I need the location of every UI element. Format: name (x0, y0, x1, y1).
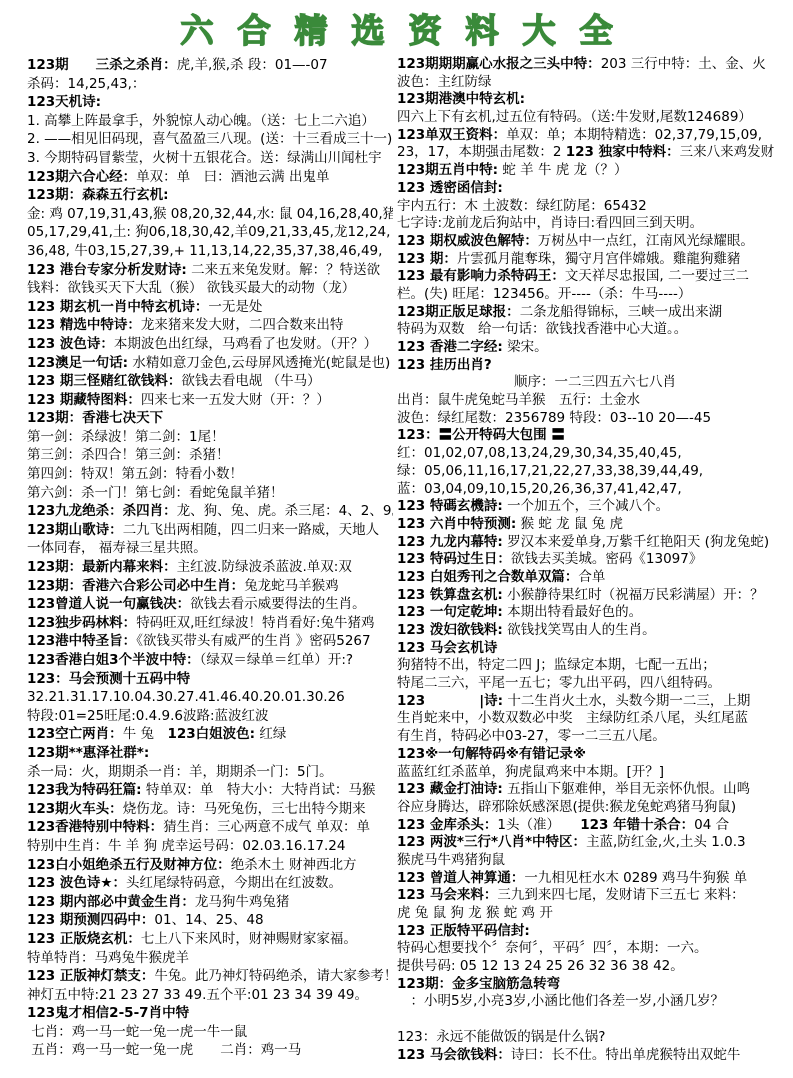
line-text: 单双：单；本期特精选：02,37,79,15,09, (506, 127, 762, 143)
line-label: 123※一句解特码※有错记录※ (397, 746, 586, 762)
line-text: 文天祥尽忠报国, 二一要过三二 (565, 268, 749, 284)
text-line: 一体同春， 福寿禄三星共照。 (27, 539, 393, 558)
line-text: 水精如意刀金色,云母屏风透掩光(蛇鼠是也) (128, 355, 390, 371)
line-label: 123香港特别中特料： (27, 819, 163, 835)
line-label: 123：马会预测十五码中特 (27, 671, 190, 687)
right-column: 123期期期赢心水报之三头中特：203 三行中特：土、金、火波色：主红防绿123… (393, 56, 793, 1064)
line-text: 第三剑：杀四合！第三剑：杀猪！ (27, 447, 230, 463)
text-line: 金: 鸡 07,19,31,43,猴 08,20,32,44,水: 鼠 04,1… (27, 205, 393, 224)
line-text: 第四剑：特双！第五剑：特看小数！ (27, 466, 243, 482)
title-bar: 六合精选资料大全 (0, 0, 793, 56)
line-text: 二九飞出两相随，四二归来一路威，天地人 (123, 522, 380, 538)
line-text: 《欲钱买带头有威严的生肖 》密码5267 (136, 633, 370, 649)
text-line: 123 挂历出肖? (397, 357, 793, 375)
line-label: 123 一句定乾坤: (397, 604, 503, 620)
line-label: 123期港澳中特玄机: (397, 91, 525, 107)
lottery-info-sheet: 六合精选资料大全 123期 三杀之杀肖：虎,羊,猴,杀 段：01—-07杀码：1… (0, 0, 793, 1078)
text-line: 123：〓公开特码大包围 〓 (397, 427, 793, 445)
line-text: 虎 兔 鼠 狗 龙 猴 蛇 鸡 开 (397, 905, 553, 921)
line-label: 123独步码林料： (27, 615, 136, 631)
text-line: 123期期期赢心水报之三头中特：203 三行中特：土、金、火 (397, 56, 793, 74)
line-text: 猴虎马牛鸡猪狗鼠 (397, 852, 505, 868)
line-text: 蓝蓝红红杀蓝单，狗虎鼠鸡来中本期。[开？] (397, 764, 664, 780)
line-text: 牛兔。此乃神灯特码绝杀，请大家参考！ (154, 968, 393, 984)
line-label: 123 期预测四码中： (27, 912, 154, 928)
text-line: 第一剑：杀绿波！第二剑：1尾！ (27, 428, 393, 447)
text-line: 123期六合心经：单双：单 曰：酒池云满 出鬼单 (27, 168, 393, 187)
line-label: 123期：最新内幕来料： (27, 559, 177, 575)
line-label: 123我为特码狂篇: (27, 782, 142, 798)
text-line: 红：01,02,07,08,13,24,29,30,34,35,40,45, (397, 445, 793, 463)
text-line: 123曾道人说一句赢钱决：欲钱去看示威要得法的生肖。 (27, 595, 393, 614)
line-text: 波色：主红防绿 (397, 74, 492, 90)
line-label: 123 波色诗： (27, 336, 114, 352)
text-line: 蓝：03,04,09,10,15,20,26,36,37,41,42,47, (397, 481, 793, 499)
text-line: 特单特肖：马鸡兔牛猴虎羊 (27, 949, 393, 968)
text-line: 123期：森森五行玄机: (27, 186, 393, 205)
text-line: 123 期权威波色解特：万树丛中一点红，江南风光绿耀眼。 (397, 233, 793, 251)
text-line: 123期：香港七决天下 (27, 409, 393, 428)
line-text: 1头（准） (497, 817, 580, 833)
line-label: 123白姐波色: (167, 726, 255, 742)
text-line: ：小明5岁,小亮3岁,小涵比他们各差一岁,小涵几岁？ (397, 993, 793, 1011)
line-text: 特码心想要找个〞奈何〞，平码〞四〞，本期：一六。 (397, 940, 708, 956)
line-text: 第一剑：杀绿波！第二剑：1尾！ (27, 429, 225, 445)
line-label: 123 白姐秀刊之合数单双篇： (397, 569, 578, 585)
line-text: 特段:01=25旺尾:0.4.9.6波路:蓝波红波 (27, 708, 269, 724)
line-label: 123 期藏特图料： (27, 392, 141, 408)
text-line: 3. 今期特码冒紫莹，火树十五银花合。送：绿满山川闻杜宇 (27, 149, 393, 168)
text-line: 123 六肖中特预测: 猴 蛇 龙 鼠 兔 虎 (397, 516, 793, 534)
line-text: 3. 今期特码冒紫莹，火树十五银花合。送：绿满山川闻杜宇 (27, 150, 382, 166)
text-line: 杀码：14,25,43,： (27, 75, 393, 94)
line-text: 04 合 (694, 817, 729, 833)
line-label: 123：〓公开特码大包围 〓 (397, 427, 565, 443)
text-line: 123期火车头：烧伤龙。诗：马死兔伤，三七出特今期来 (27, 800, 393, 819)
line-text: 顺序：一二三四五六七八肖 (514, 374, 676, 390)
text-line: 特尾二三六，平尾一五七；零九出平码，四八组特码。 (397, 675, 793, 693)
line-text: 欲钱去买美城。密码《13097》 (511, 551, 702, 567)
text-line: 23，17，本期强击尾数：2 123 独家中特料：三来八来鸡发财 (397, 144, 793, 162)
text-line: 特码为双数 给一句话：欲钱找香港中心大道。。 (397, 321, 793, 339)
text-line: 32.21.31.17.10.04.30.27.41.46.40.20.01.3… (27, 688, 393, 707)
line-label: 123期期期赢心水报之三头中特： (397, 56, 601, 72)
line-text: 诗曰：长不仕。特出单虎猴特出双蛇牛 (511, 1047, 741, 1063)
text-line: 123香港特别中特料：猜生肖：三心两意不成气 单双：单 (27, 818, 393, 837)
text-line: 123 期三怪赌红欲钱料：欲钱去看电觇 （牛马） (27, 372, 393, 391)
line-text: 宇内五行：木 土波数：绿红防尾：65432 (397, 198, 647, 214)
line-text: 四来七来一五发大财（开：？） (141, 392, 330, 408)
line-text: 生肖蛇来中，小数双数必中奖 主绿防红杀八尾，头红尾蓝 (397, 710, 748, 726)
line-text: 合单 (578, 569, 605, 585)
line-label: 123 金库杀头： (397, 817, 497, 833)
text-line: 有生肖，特码必中03-27，零一二三五八尾。 (397, 728, 793, 746)
text-line: 七肖：鸡一马一蛇一兔一虎一牛一鼠 (27, 1023, 393, 1042)
line-label: 123 独家中特料： (566, 144, 680, 160)
text-line: 123 正版特平码信封: (397, 923, 793, 941)
text-line: 123白小姐绝杀五行及财神方位：绝杀木土 财神西北方 (27, 856, 393, 875)
line-label: 123期五肖中特: (397, 162, 498, 178)
line-text: 烧伤龙。诗：马死兔伤，三七出特今期来 (123, 801, 366, 817)
line-label: 123期**惠泽社群*: (27, 745, 149, 761)
line-text: 猜生肖：三心两意不成气 单双：单 (163, 819, 370, 835)
line-text: 虎,羊,猴,杀 段：01—-07 (177, 57, 328, 73)
text-line: 特码心想要找个〞奈何〞，平码〞四〞，本期：一六。 (397, 940, 793, 958)
line-text: 红绿 (255, 726, 286, 742)
text-line: 123 曾道人神算通：一九相见枉水木 0289 鸡马牛狗猴 单 (397, 870, 793, 888)
text-line: 123期正版足球报：二条龙船得锦标，三峡一成出来湖 (397, 304, 793, 322)
line-label: 123 铁算盘玄机: (397, 587, 503, 603)
line-text: 波色：绿红尾数：2356789 特段：03--10 20—-45 (397, 410, 711, 426)
text-line: 谷应身腾达，辟邪除妖感深恩(提供:猴龙兔蛇鸡猪马狗鼠) (397, 799, 793, 817)
line-text: 龙、狗、兔、虎。杀三尾：4、2、9。 (177, 503, 393, 519)
line-text: 栏。(失) 旺尾：123456。开----（杀：牛马----） (397, 286, 691, 302)
line-text: 出肖：鼠牛虎兔蛇马羊猴 五行：土金水 (397, 392, 640, 408)
line-text: 蛇 羊 牛 虎 龙（？） (498, 162, 627, 178)
line-label: 123 期权威波色解特： (397, 233, 538, 249)
text-line: 123空亡两肖：牛 兔 123白姐波色: 红绿 (27, 725, 393, 744)
line-text: 七上八下来风时，财神赐财家家福。 (141, 931, 357, 947)
line-text: 一九相见枉水木 0289 鸡马牛狗猴 单 (524, 870, 747, 886)
line-text: （绿双＝绿单＝红单）开:? (200, 652, 353, 668)
line-text: 小猴静待果红时（祝福万民彩满屋）开：？ (503, 587, 764, 603)
line-label: 123 波色诗★： (27, 875, 126, 891)
line-label: 123香港白姐3个半波中特： (27, 652, 200, 668)
text-line: 第四剑：特双！第五剑：特看小数！ (27, 465, 393, 484)
line-text: 123：永远不能做饭的锅是什么锅? (397, 1029, 605, 1045)
line-text: 36,48, 牛03,15,27,39,+ 11,13,14,22,35,37,… (27, 243, 382, 259)
line-text: 05,17,29,41,土: 狗06,18,30,42,羊09,21,33,45… (27, 224, 390, 240)
line-text: 猴 蛇 龙 鼠 兔 虎 (516, 516, 623, 532)
text-line: 123期：香港六合彩公司必中生肖：兔龙蛇马羊猴鸡 (27, 577, 393, 596)
text-line: 123 期内部必中黄金生肖：龙马狗牛鸡兔猪 (27, 893, 393, 912)
line-label: 123 香港二字经: (397, 339, 503, 355)
text-line: 123期五肖中特: 蛇 羊 牛 虎 龙（？） (397, 162, 793, 180)
text-line: 钱料：欲钱买天下大乱（猴） 欲钱买最大的动物（龙） (27, 279, 393, 298)
line-text: 七字诗:龙前龙后狗站中，肖诗曰:看四回三到天明。 (397, 215, 703, 231)
line-label: 123鬼才相信2-5-7肖中特 (27, 1005, 189, 1021)
line-text: 龙马狗牛鸡兔猪 (195, 894, 290, 910)
text-line: 波色：主红防绿 (397, 74, 793, 92)
text-line: 05,17,29,41,土: 狗06,18,30,42,羊09,21,33,45… (27, 223, 393, 242)
text-line: 绿：05,06,11,16,17,21,22,27,33,38,39,44,49… (397, 463, 793, 481)
line-label: 123 精选中特诗： (27, 317, 141, 333)
line-text: 主蓝,防红金,火,土头 1.0.3 (586, 834, 746, 850)
text-line: 123 两波*三行*八肖*中特区：主蓝,防红金,火,土头 1.0.3 (397, 834, 793, 852)
line-label: 123期正版足球报： (397, 304, 520, 320)
text-line: 123独步码林料：特码旺双,旺红绿波！特肖看好:兔牛猪鸡 (27, 614, 393, 633)
line-text: 第六剑：杀一门！第七剑：看蛇兔鼠羊猪！ (27, 485, 284, 501)
line-text: 本期出特看最好色的。 (503, 604, 642, 620)
line-text: 特别中生肖：牛 羊 狗 虎幸运号码：02.03.16.17.24 (27, 838, 345, 854)
text-line: 123 |诗: 十二生肖火土水，头数今期一二三，上期 (397, 693, 793, 711)
text-line: 123：马会预测十五码中特 (27, 670, 393, 689)
text-line: 123期山歌诗：二九飞出两相随，四二归来一路威，天地人 (27, 521, 393, 540)
line-label: 123 期内部必中黄金生肖： (27, 894, 195, 910)
line-label: 123曾道人说一句赢钱决： (27, 596, 190, 612)
text-line: 123 金库杀头：1头（准） 123 年错十杀合：04 合 (397, 817, 793, 835)
line-label: 123 马会玄机诗 (397, 640, 497, 656)
line-text: 特码为双数 给一句话：欲钱找香港中心大道。。 (397, 321, 687, 337)
line-label: 123期：香港六合彩公司必中生肖： (27, 578, 244, 594)
text-line: 123期：最新内幕来料：主红波.防绿波杀蓝波.单双:双 (27, 558, 393, 577)
line-text: 狗猪特不出，特定二四 J；监绿定本期，七配一五出； (397, 657, 716, 673)
text-line: 123鬼才相信2-5-7肖中特 (27, 1004, 393, 1023)
line-label: 123期：香港七决天下 (27, 410, 163, 426)
text-line: 123期：金多宝脑筋急转弯 (397, 976, 793, 994)
text-line: 123 最有影响力杀特码王：文天祥尽忠报国, 二一要过三二 (397, 268, 793, 286)
text-line: 提供号码: 05 12 13 24 25 26 32 36 38 42。 (397, 958, 793, 976)
page-title: 六合精选资料大全 (157, 5, 637, 52)
line-label: 123 正版特平码信封: (397, 923, 530, 939)
text-line: 123单双王资料：单双：单；本期特精选：02,37,79,15,09, (397, 127, 793, 145)
line-label: 123 马会来料： (397, 887, 497, 903)
text-line: 出肖：鼠牛虎兔蛇马羊猴 五行：土金水 (397, 392, 793, 410)
text-line: 123 正版神灯禁支：牛兔。此乃神灯特码绝杀，请大家参考！ (27, 967, 393, 986)
line-text: 杀一局：火，期期杀一肖：羊，期期杀一门：5门。 (27, 764, 333, 780)
text-line: 123期 三杀之杀肖：虎,羊,猴,杀 段：01—-07 (27, 56, 393, 75)
text-line: 123 马会玄机诗 (397, 640, 793, 658)
line-label: 123 挂历出肖? (397, 357, 492, 373)
line-text: 片雲孤月龍奪珠，獨守月宫伴嫦娥。雞龍狗雞豬 (457, 251, 741, 267)
line-text: 32.21.31.17.10.04.30.27.41.46.40.20.01.3… (27, 689, 345, 705)
line-text: 绿：05,06,11,16,17,21,22,27,33,38,39,44,49… (397, 463, 703, 479)
line-text: 203 三行中特：土、金、火 (601, 56, 766, 72)
line-label: 123天机诗: (27, 94, 101, 110)
text-line: 123 马会欲钱料：诗曰：长不仕。特出单虎猴特出双蛇牛 (397, 1047, 793, 1065)
line-label: 123 年错十杀合： (580, 817, 694, 833)
line-label: |诗: (479, 693, 503, 709)
line-text: 2. ——相见旧码现，喜气盈盈三八现。(送：十三看成三十一) (27, 131, 392, 147)
line-text: 三来八来鸡发财 (680, 144, 775, 160)
line-label: 123 泼妇欲钱料: (397, 622, 503, 638)
line-text: 特码旺双,旺红绿波！特肖看好:兔牛猪鸡 (136, 615, 374, 631)
text-line: 123天机诗: (27, 93, 393, 112)
line-text: 万树丛中一点红，江南风光绿耀眼。 (538, 233, 754, 249)
line-text: 谷应身腾达，辟邪除妖感深恩(提供:猴龙兔蛇鸡猪马狗鼠) (397, 799, 736, 815)
line-label: 123 最有影响力杀特码王： (397, 268, 565, 284)
line-text: 特尾二三六，平尾一五七；零九出平码，四八组特码。 (397, 675, 721, 691)
text-line: 顺序：一二三四五六七八肖 (397, 374, 793, 392)
line-text: 五肖：鸡一马一蛇一兔一虎 二肖：鸡一马 (27, 1042, 301, 1058)
line-text: ：小明5岁,小亮3岁,小涵比他们各差一岁,小涵几岁？ (397, 993, 724, 1009)
text-line: 狗猪特不出，特定二四 J；监绿定本期，七配一五出； (397, 657, 793, 675)
text-line: 123 港台专家分析发财诗: 二来五来兔发财。解：？特送欲 (27, 261, 393, 280)
line-text: 1. 高攀上阵最拿手，外貌惊人动心魄。（送：七上二六追） (27, 113, 375, 129)
line-label: 123 特碼玄機詩: (397, 498, 503, 514)
text-line (397, 1011, 793, 1029)
line-text: 二条龙船得锦标，三峡一成出来湖 (520, 304, 723, 320)
text-line: 2. ——相见旧码现，喜气盈盈三八现。(送：十三看成三十一) (27, 130, 393, 149)
text-line: 杀一局：火，期期杀一肖：羊，期期杀一门：5门。 (27, 763, 393, 782)
line-label: 123 正版烧玄机： (27, 931, 141, 947)
line-label: 123 期： (397, 251, 457, 267)
text-line: 123 波色诗★：头红尾绿特码意，今期出在红波数。 (27, 874, 393, 893)
text-line: 123 铁算盘玄机: 小猴静待果红时（祝福万民彩满屋）开：？ (397, 587, 793, 605)
text-line: 七字诗:龙前龙后狗站中，肖诗曰:看四回三到天明。 (397, 215, 793, 233)
text-line: 36,48, 牛03,15,27,39,+ 11,13,14,22,35,37,… (27, 242, 393, 261)
line-label: 123 马会欲钱料： (397, 1047, 511, 1063)
text-line: 123 期藏特图料：四来七来一五发大财（开：？） (27, 391, 393, 410)
text-line: 123 特碼玄機詩: 一个加五个，三个减八个。 (397, 498, 793, 516)
line-text: 兔龙蛇马羊猴鸡 (244, 578, 339, 594)
line-label: 123 正版神灯禁支： (27, 968, 154, 984)
text-line: 123 九龙内幕特: 罗汉本来爱单身,万紫千红艳阳天 (狗龙兔蛇) (397, 534, 793, 552)
left-column: 123期 三杀之杀肖：虎,羊,猴,杀 段：01—-07杀码：14,25,43,：… (0, 56, 393, 1064)
line-text: 主红波.防绿波杀蓝波.单双:双 (177, 559, 352, 575)
line-text: 本期波色出红绿，马鸡看了也发财。（开？） (114, 336, 377, 352)
line-text: 二来五来兔发财。解：？特送欲 (187, 262, 380, 278)
text-line: 123期**惠泽社群*: (27, 744, 393, 763)
line-text: 牛 兔 (123, 726, 168, 742)
line-text: 罗汉本来爱单身,万紫千红艳阳天 (狗龙兔蛇) (503, 534, 769, 550)
line-text: 23，17，本期强击尾数：2 (397, 144, 566, 160)
line-label: 123 两波*三行*八肖*中特区： (397, 834, 586, 850)
line-text: 红：01,02,07,08,13,24,29,30,34,35,40,45, (397, 445, 682, 461)
line-text: 钱料：欲钱买天下大乱（猴） 欲钱买最大的动物（龙） (27, 280, 355, 296)
text-line: 蓝蓝红红杀蓝单，狗虎鼠鸡来中本期。[开？] (397, 764, 793, 782)
text-line: 宇内五行：木 土波数：绿红防尾：65432 (397, 198, 793, 216)
line-text: 欲钱找笑骂由人的生肖。 (503, 622, 656, 638)
text-line: 第三剑：杀四合！第三剑：杀猪！ (27, 446, 393, 465)
text-line: 生肖蛇来中，小数双数必中奖 主绿防红杀八尾，头红尾蓝 (397, 710, 793, 728)
line-text: 头红尾绿特码意，今期出在红波数。 (126, 875, 342, 891)
text-line: 五肖：鸡一马一蛇一兔一虎 二肖：鸡一马 (27, 1041, 393, 1060)
line-text: 欲钱去看电觇 （牛马） (181, 373, 320, 389)
line-label: 123 期三怪赌红欲钱料： (27, 373, 181, 389)
text-line: 123 香港二字经: 梁宋。 (397, 339, 793, 357)
line-text: 单双：单 曰：酒池云满 出鬼单 (136, 169, 329, 185)
content-columns: 123期 三杀之杀肖：虎,羊,猴,杀 段：01—-07杀码：14,25,43,：… (0, 56, 793, 1064)
line-text: 杀码：14,25,43,： (27, 76, 145, 92)
text-line: 123 波色诗：本期波色出红绿，马鸡看了也发财。（开？） (27, 335, 393, 354)
line-label: 123 藏金打油诗: (397, 781, 503, 797)
text-line: 123期港澳中特玄机: (397, 91, 793, 109)
line-text: 神灯五中特:21 23 27 33 49.五个平:01 23 34 39 49。 (27, 987, 368, 1003)
line-text: 提供号码: 05 12 13 24 25 26 32 36 38 42。 (397, 958, 684, 974)
text-line: 123 一句定乾坤: 本期出特看最好色的。 (397, 604, 793, 622)
text-line: 123 期：片雲孤月龍奪珠，獨守月宫伴嫦娥。雞龍狗雞豬 (397, 251, 793, 269)
text-line: 123：永远不能做饭的锅是什么锅? (397, 1029, 793, 1047)
text-line: 123 藏金打油诗: 五指山下躯难伸，举目无亲怀仇恨。山鸣 (397, 781, 793, 799)
text-line: 123 期玄机一肖中特玄机诗：一无是处 (27, 298, 393, 317)
line-text: 十二生肖火土水，头数今期一二三，上期 (503, 693, 750, 709)
text-line: 123※一句解特码※有错记录※ (397, 746, 793, 764)
text-line: 123九龙绝杀：杀四肖：龙、狗、兔、虎。杀三尾：4、2、9。 (27, 502, 393, 521)
line-text: 金: 鸡 07,19,31,43,猴 08,20,32,44,水: 鼠 04,1… (27, 206, 393, 222)
text-line: 123 泼妇欲钱料: 欲钱找笑骂由人的生肖。 (397, 622, 793, 640)
text-line: 123 特码过生日：欲钱去买美城。密码《13097》 (397, 551, 793, 569)
text-line: 波色：绿红尾数：2356789 特段：03--10 20—-45 (397, 410, 793, 428)
text-line: 四六上下有玄机,过五位有特码。（送:牛发财,尾数124689） (397, 109, 793, 127)
line-text: 四六上下有玄机,过五位有特码。（送:牛发财,尾数124689） (397, 109, 752, 125)
line-text: 三九到来四七尾，发财请下三五七 来料： (497, 887, 744, 903)
text-line: 123香港白姐3个半波中特：（绿双＝绿单＝红单）开:? (27, 651, 393, 670)
text-line: 123 精选中特诗：龙来猪来发大财，二四合数来出特 (27, 316, 393, 335)
text-line: 123港中特圣旨：《欲钱买带头有威严的生肖 》密码5267 (27, 632, 393, 651)
text-line: 123我为特码狂篇: 特单双：单 特大小：大特肖试：马猴 (27, 781, 393, 800)
line-label: 123白小姐绝杀五行及财神方位： (27, 857, 231, 873)
text-line: 123澳足一句话: 水精如意刀金色,云母屏风透掩光(蛇鼠是也) (27, 354, 393, 373)
text-line: 栏。(失) 旺尾：123456。开----（杀：牛马----） (397, 286, 793, 304)
line-text: 特单双：单 特大小：大特肖试：马猴 (142, 782, 376, 798)
line-text: 梁宋。 (503, 339, 548, 355)
line-label: 123澳足一句话: (27, 355, 128, 371)
line-text: 五指山下躯难伸，举目无亲怀仇恨。山鸣 (503, 781, 750, 797)
line-text: 龙来猪来发大财，二四合数来出特 (141, 317, 344, 333)
line-text: 一个加五个，三个减八个。 (503, 498, 669, 514)
line-label: 123 曾道人神算通： (397, 870, 524, 886)
text-line: 123 白姐秀刊之合数单双篇：合单 (397, 569, 793, 587)
text-line: 特别中生肖：牛 羊 狗 虎幸运号码：02.03.16.17.24 (27, 837, 393, 856)
line-text: 特单特肖：马鸡兔牛猴虎羊 (27, 950, 189, 966)
text-line: 123 透密函信封: (397, 180, 793, 198)
line-text: 七肖：鸡一马一蛇一兔一虎一牛一鼠 (27, 1024, 247, 1040)
line-label: 123单双王资料： (397, 127, 506, 143)
text-line: 123 马会来料：三九到来四七尾，发财请下三五七 来料： (397, 887, 793, 905)
text-line: 123 正版烧玄机：七上八下来风时，财神赐财家家福。 (27, 930, 393, 949)
line-text: 绝杀木土 财神西北方 (231, 857, 357, 873)
line-text: 01、14、25、48 (154, 912, 263, 928)
line-label: 123期火车头： (27, 801, 123, 817)
line-label: 123期 三杀之杀肖： (27, 57, 177, 73)
line-text: 欲钱去看示威要得法的生肖。 (190, 596, 366, 612)
line-text: 一无是处 (208, 299, 262, 315)
text-line: 1. 高攀上阵最拿手，外貌惊人动心魄。（送：七上二六追） (27, 112, 393, 131)
line-label: 123九龙绝杀：杀四肖： (27, 503, 177, 519)
line-label: 123 六肖中特预测: (397, 516, 516, 532)
line-label: 123 九龙内幕特: (397, 534, 503, 550)
text-line: 123 期预测四码中：01、14、25、48 (27, 911, 393, 930)
text-line: 特段:01=25旺尾:0.4.9.6波路:蓝波红波 (27, 707, 393, 726)
line-label: 123 港台专家分析发财诗: (27, 262, 187, 278)
line-label: 123 特码过生日： (397, 551, 511, 567)
text-line: 猴虎马牛鸡猪狗鼠 (397, 852, 793, 870)
line-text: 蓝：03,04,09,10,15,20,26,36,37,41,42,47, (397, 481, 682, 497)
line-label: 123期：金多宝脑筋急转弯 (397, 976, 560, 992)
text-line: 第六剑：杀一门！第七剑：看蛇兔鼠羊猪！ (27, 484, 393, 503)
line-label: 123期六合心经： (27, 169, 136, 185)
line-label: 123期：森森五行玄机: (27, 187, 169, 203)
line-label: 123 透密函信封: (397, 180, 503, 196)
line-label: 123 期玄机一肖中特玄机诗： (27, 299, 208, 315)
line-label: 123空亡两肖： (27, 726, 123, 742)
line-text: 有生肖，特码必中03-27，零一二三五八尾。 (397, 728, 666, 744)
line-label: 123 (397, 693, 479, 709)
line-label: 123期山歌诗： (27, 522, 123, 538)
text-line: 虎 兔 鼠 狗 龙 猴 蛇 鸡 开 (397, 905, 793, 923)
line-text: 一体同春， 福寿禄三星共照。 (27, 540, 207, 556)
text-line: 神灯五中特:21 23 27 33 49.五个平:01 23 34 39 49。 (27, 986, 393, 1005)
line-label: 123港中特圣旨： (27, 633, 136, 649)
